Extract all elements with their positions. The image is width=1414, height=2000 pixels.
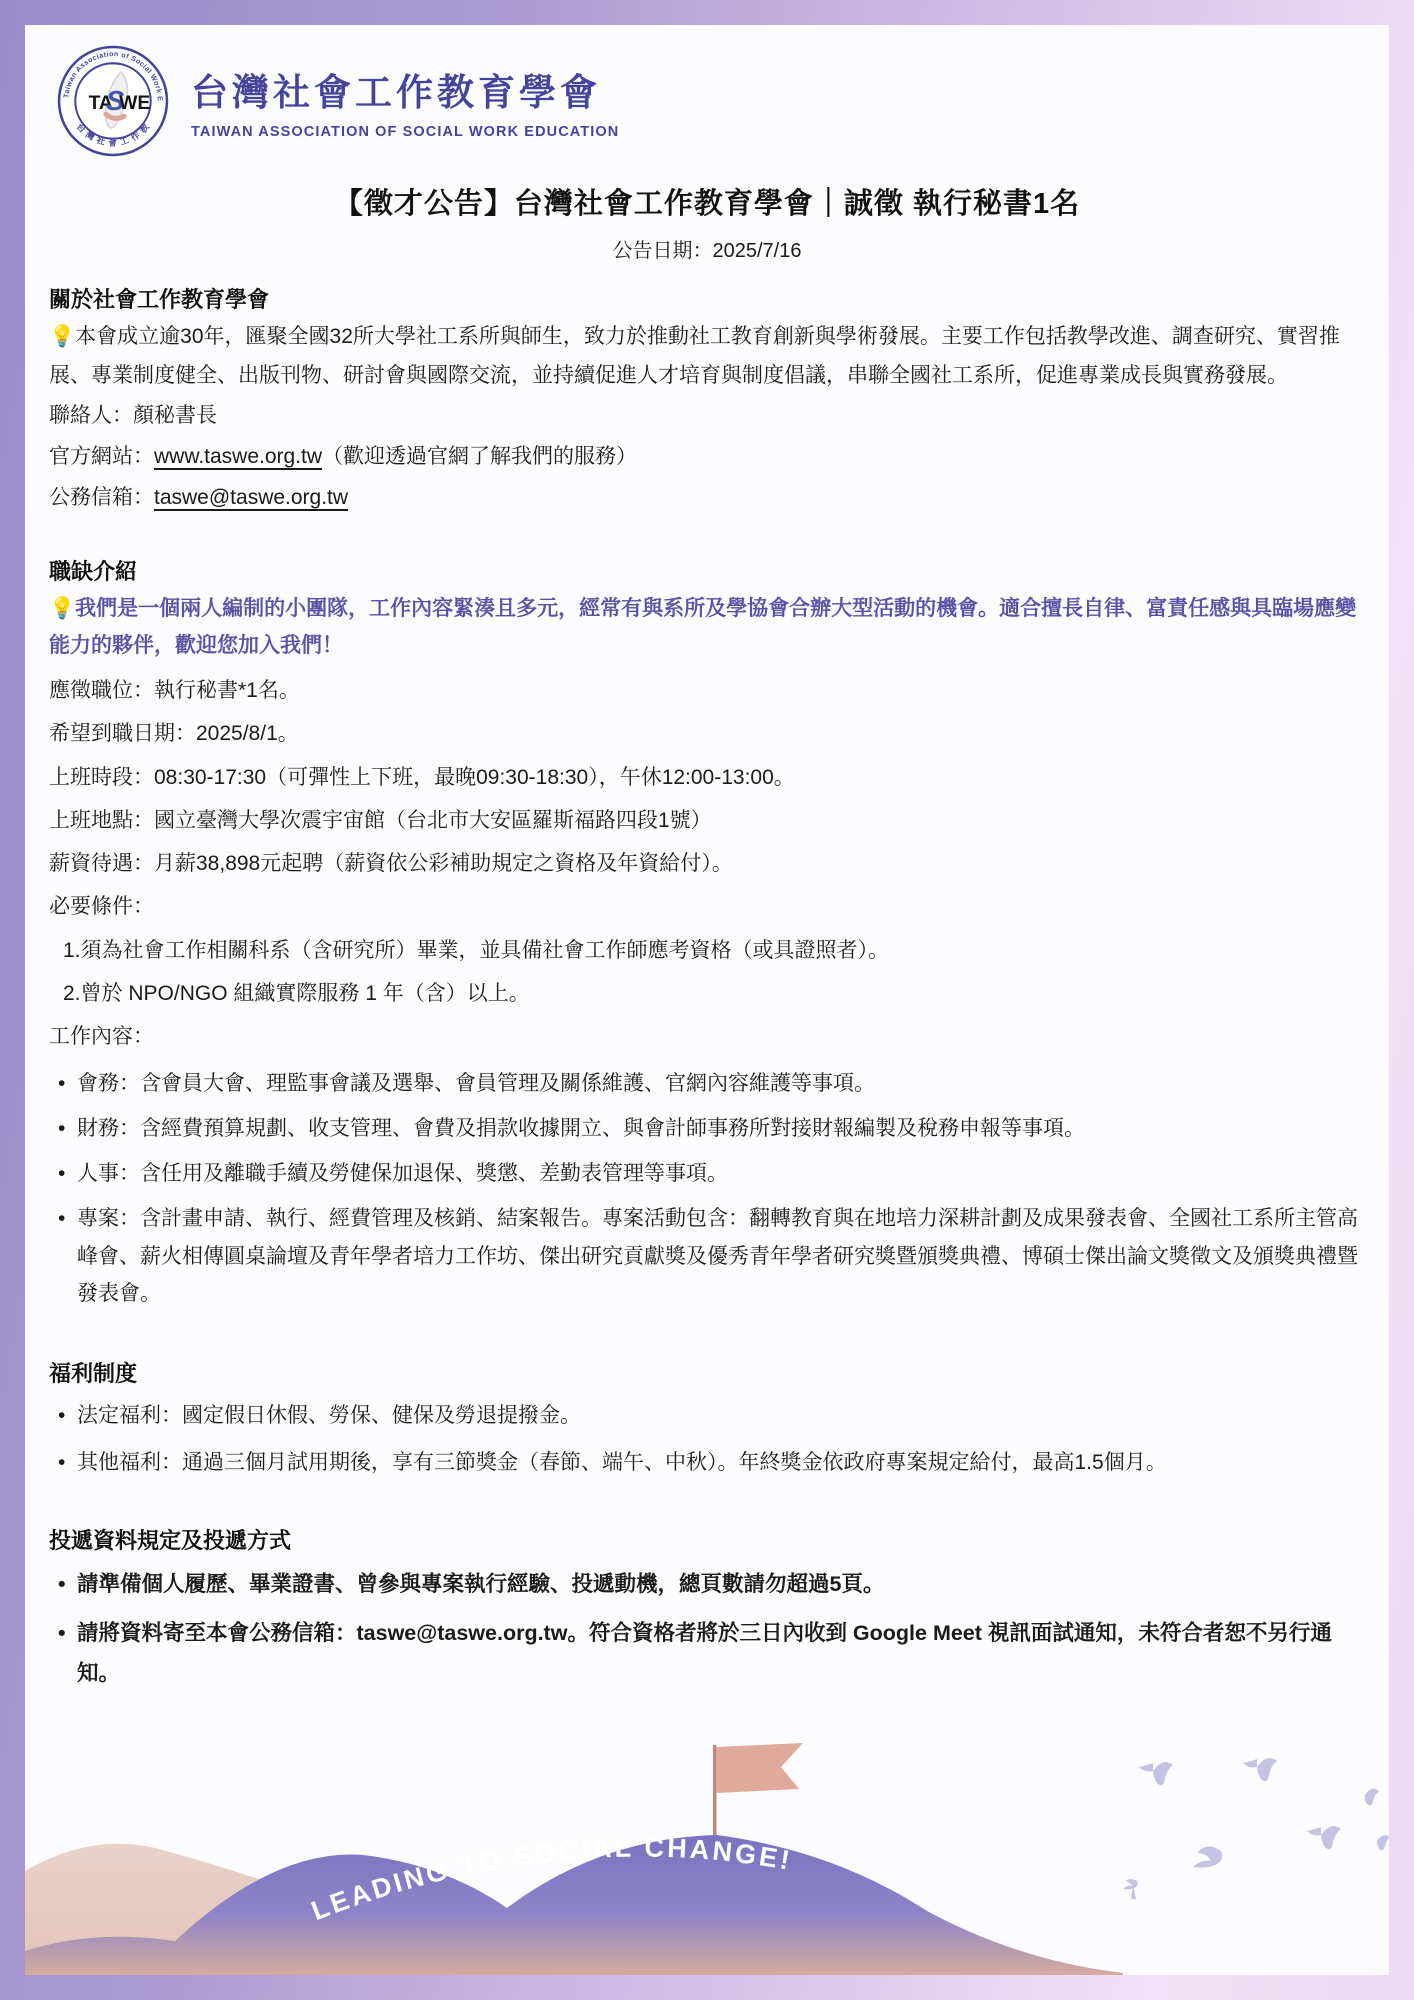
about-heading: 關於社會工作教育學會 — [49, 283, 1365, 314]
email-line: 公務信箱：taswe@taswe.org.tw — [49, 478, 1365, 519]
about-intro: 💡本會成立逾30年，匯聚全國32所大學社工系所與師生，致力於推動社工教育創新與學… — [49, 318, 1365, 396]
duty-item: 人事：含任用及離職手續及勞健保加退保、獎懲、差勤表管理等事項。 — [49, 1155, 1365, 1193]
summit-flag-icon — [713, 1743, 803, 1837]
page-title: 【徵才公告】台灣社會工作教育學會｜誠徵 執行秘書1名 — [25, 181, 1389, 222]
contact-line: 聯絡人：顏秘書長 — [49, 396, 1365, 437]
job-highlight-text: 我們是一個兩人編制的小團隊，工作內容緊湊且多元，經常有與系所及學協會合辦大型活動… — [49, 597, 1356, 658]
requirements-list: 1.須為社會工作相關科系（含研究所）畢業，並具備社會工作師應考資格（或具證照者）… — [49, 929, 1365, 1016]
section-benefits: 福利制度 法定福利：國定假日休假、勞保、健保及勞退提撥金。 其他福利：通過三個月… — [49, 1357, 1365, 1482]
taswe-logo: Taiwan Association of Social Work Educat… — [57, 45, 169, 157]
website-link[interactable]: www.taswe.org.tw — [154, 445, 322, 468]
requirement-item: 2.曾於 NPO/NGO 組織實際服務 1 年（含）以上。 — [49, 972, 1365, 1015]
apply-item: 請將資料寄至本會公務信箱：taswe@taswe.org.tw。符合資格者將於三… — [49, 1614, 1365, 1694]
job-heading: 職缺介紹 — [49, 555, 1365, 586]
duty-item: 專案：含計畫申請、執行、經費管理及核銷、結案報告。專案活動包含：翻轉教育與在地培… — [49, 1200, 1365, 1313]
footer-scene: LEADING TO SOCIAL CHANGE! — [25, 1733, 1389, 1975]
benefits-heading: 福利制度 — [49, 1357, 1365, 1388]
org-names: 台灣社會工作教育學會 TAIWAN ASSOCIATION OF SOCIAL … — [191, 62, 619, 140]
requirement-item: 1.須為社會工作相關科系（含研究所）畢業，並具備社會工作師應考資格（或具證照者）… — [49, 929, 1365, 972]
flyer-page: Taiwan Association of Social Work Educat… — [25, 25, 1389, 1975]
website-label: 官方網站： — [49, 445, 154, 468]
logo-abbr-we: WE — [119, 92, 150, 114]
job-start-date: 希望到職日期：2025/8/1。 — [49, 712, 1365, 755]
birds-icon — [1123, 1758, 1389, 1899]
benefit-item: 法定福利：國定假日休假、勞保、健保及勞退提撥金。 — [49, 1397, 1365, 1435]
apply-heading: 投遞資料規定及投遞方式 — [49, 1524, 1365, 1555]
duty-item: 財務：含經費預算規劃、收支管理、會費及捐款收據開立、與會計師事務所對接財報編製及… — [49, 1110, 1365, 1148]
email-label: 公務信箱： — [49, 486, 154, 509]
job-hours: 上班時段：08:30-17:30（可彈性上下班，最晚09:30-18:30），午… — [49, 756, 1365, 799]
content: 關於社會工作教育學會 💡本會成立逾30年，匯聚全國32所大學社工系所與師生，致力… — [25, 283, 1389, 1694]
org-name-zh: 台灣社會工作教育學會 — [191, 62, 619, 116]
lightbulb-icon: 💡 — [49, 325, 75, 348]
job-position: 應徵職位：執行秘書*1名。 — [49, 669, 1365, 712]
section-about: 關於社會工作教育學會 💡本會成立逾30年，匯聚全國32所大學社工系所與師生，致力… — [49, 283, 1365, 519]
benefits-list: 法定福利：國定假日休假、勞保、健保及勞退提撥金。 其他福利：通過三個月試用期後，… — [49, 1397, 1365, 1482]
apply-item: 請準備個人履歷、畢業證書、曾參與專案執行經驗、投遞動機，總頁數請勿超過5頁。 — [49, 1565, 1365, 1605]
website-line: 官方網站：www.taswe.org.tw（歡迎透過官網了解我們的服務） — [49, 437, 1365, 478]
job-highlight: 💡我們是一個兩人編制的小團隊，工作內容緊湊且多元，經常有與系所及學協會合辦大型活… — [49, 590, 1365, 666]
section-apply: 投遞資料規定及投遞方式 請準備個人履歷、畢業證書、曾參與專案執行經驗、投遞動機，… — [49, 1524, 1365, 1694]
requirements-label: 必要條件： — [49, 885, 1365, 928]
job-location: 上班地點：國立臺灣大學次震宇宙館（台北市大安區羅斯福路四段1號） — [49, 799, 1365, 842]
job-salary: 薪資待遇：月薪38,898元起聘（薪資依公彩補助規定之資格及年資給付）。 — [49, 842, 1365, 885]
org-name-en: TAIWAN ASSOCIATION OF SOCIAL WORK EDUCAT… — [191, 124, 619, 140]
website-suffix: （歡迎透過官網了解我們的服務） — [322, 445, 637, 468]
benefit-item: 其他福利：通過三個月試用期後，享有三節獎金（春節、端午、中秋）。年終獎金依政府專… — [49, 1444, 1365, 1482]
header: Taiwan Association of Social Work Educat… — [25, 25, 1389, 157]
duty-item: 會務：含會員大會、理監事會議及選舉、會員管理及關係維護、官網內容維護等事項。 — [49, 1065, 1365, 1103]
email-link[interactable]: taswe@taswe.org.tw — [154, 486, 348, 509]
duties-list: 會務：含會員大會、理監事會議及選舉、會員管理及關係維護、官網內容維護等事項。 財… — [49, 1065, 1365, 1313]
section-job: 職缺介紹 💡我們是一個兩人編制的小團隊，工作內容緊湊且多元，經常有與系所及學協會… — [49, 555, 1365, 1314]
post-date: 公告日期：2025/7/16 — [25, 234, 1389, 263]
lightbulb-icon: 💡 — [49, 597, 75, 620]
about-intro-text: 本會成立逾30年，匯聚全國32所大學社工系所與師生，致力於推動社工教育創新與學術… — [49, 325, 1340, 387]
duties-label: 工作內容： — [49, 1015, 1365, 1058]
apply-list: 請準備個人履歷、畢業證書、曾參與專案執行經驗、投遞動機，總頁數請勿超過5頁。 請… — [49, 1565, 1365, 1694]
